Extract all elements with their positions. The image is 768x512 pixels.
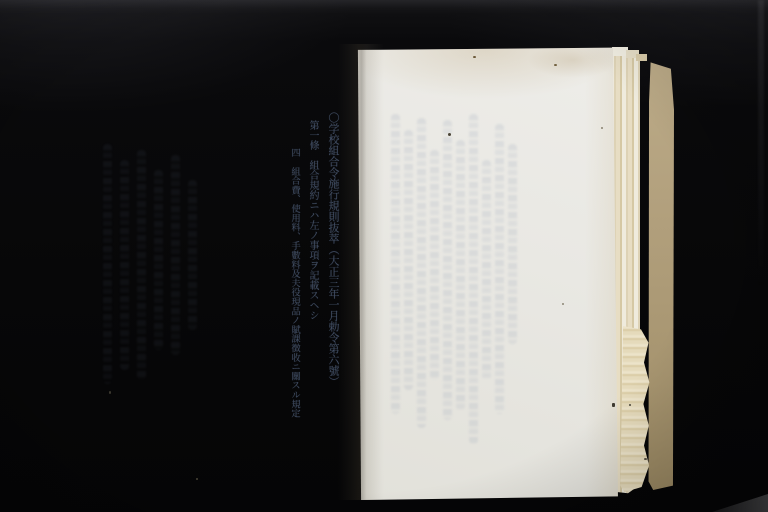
bleed-through-column <box>391 114 400 414</box>
foxing-speck <box>448 133 451 136</box>
bleed-through-column <box>154 170 163 350</box>
bleed-through-column <box>188 180 197 330</box>
bleed-through-column <box>456 140 465 410</box>
manuscript-column-item4: 四 組合費、使用料、手數料及夫役現品ノ賦課徴收ニ關スル規定 <box>287 148 301 418</box>
bleed-through-column <box>137 150 146 380</box>
foxing-speck <box>601 127 603 129</box>
photo-backdrop: 〇学校組合令施行規則抜萃（大正三年一月勅令第六號） 第一條 組合規約ニハ左ノ事項… <box>0 0 768 512</box>
bleed-through-column <box>482 160 491 380</box>
foxing-speck <box>562 303 564 305</box>
bleed-through-column <box>508 144 517 344</box>
foxing-speck <box>644 458 647 460</box>
manuscript-column-article1: 第一條 組合規約ニハ左ノ事項ヲ記載スヘシ <box>305 120 320 320</box>
page-corner-step <box>636 54 647 61</box>
foxing-speck <box>109 391 111 394</box>
bleed-through-column <box>404 130 413 390</box>
backdrop-right-highlight <box>758 0 764 290</box>
page-edge-ruffle <box>620 326 650 492</box>
left-page: 〇学校組合令施行規則抜萃（大正三年一月勅令第六號） 第一條 組合規約ニハ左ノ事項… <box>88 44 360 500</box>
foxing-speck <box>629 404 631 406</box>
right-page <box>355 44 619 500</box>
book-gutter-shadow <box>338 44 384 500</box>
backdrop-corner-light <box>712 494 768 512</box>
bleed-through-column <box>171 155 180 355</box>
back-cover-board <box>648 58 674 490</box>
bleed-through-column <box>120 160 129 370</box>
bleed-through-column <box>469 114 478 444</box>
bleed-through-column <box>443 120 452 420</box>
foxing-speck <box>473 56 476 58</box>
foxing-speck <box>196 478 198 480</box>
edge-mark <box>612 403 615 407</box>
bleed-through-column <box>103 144 112 384</box>
frame-edge-highlight <box>0 0 768 14</box>
bleed-through-column <box>430 150 439 380</box>
bleed-through-column <box>495 124 504 414</box>
bleed-through-column <box>417 118 426 428</box>
foxing-speck <box>554 64 557 66</box>
